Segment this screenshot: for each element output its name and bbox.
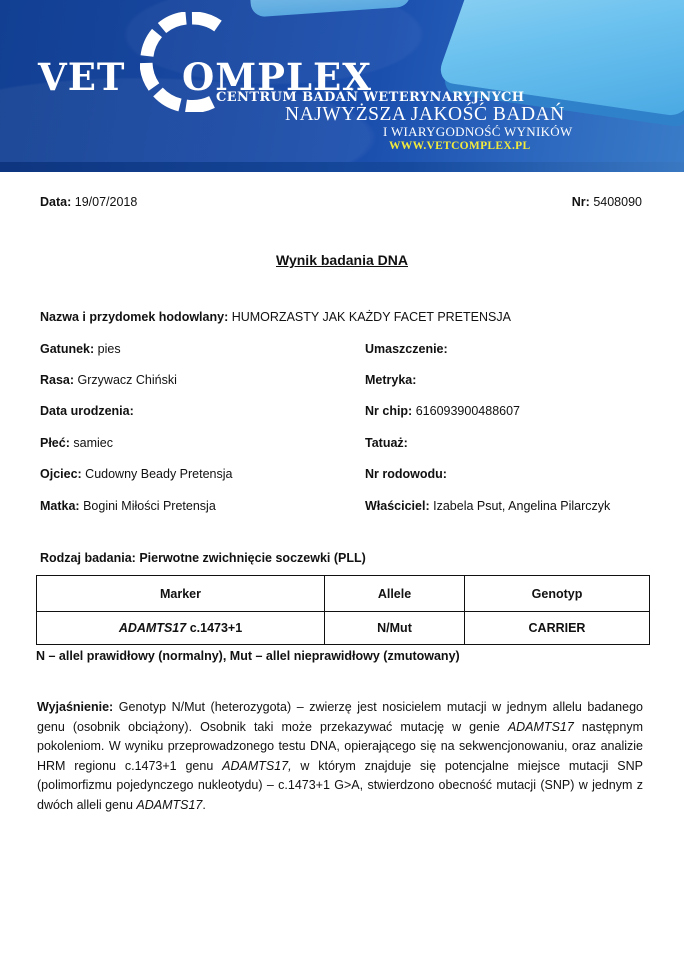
field-sire: Ojciec: Cudowny Beady Pretensja [40, 467, 232, 481]
report-date: Data: 19/07/2018 [40, 195, 137, 209]
number-value: 5408090 [593, 195, 642, 209]
animal-name-field: Nazwa i przydomek hodowlany: HUMORZASTY … [40, 310, 511, 324]
field-metryka: Metryka: [365, 373, 416, 387]
banner-website-link[interactable]: WWW.VETCOMPLEX.PL [389, 140, 530, 152]
field-species: Gatunek: pies [40, 342, 121, 356]
field-pedigree-number: Nr rodowodu: [365, 467, 447, 481]
column-header-genotype: Genotyp [465, 576, 650, 612]
table-row: ADAMTS17 c.1473+1 N/Mut CARRIER [37, 612, 650, 645]
banner-tagline-1: CENTRUM BADAŃ WETERYNARYJNYCH [216, 90, 524, 105]
field-label: Tatuaż: [365, 436, 408, 450]
field-value: Bogini Miłości Pretensja [83, 499, 216, 513]
field-value: Izabela Psut, Angelina Pilarczyk [433, 499, 610, 513]
test-type: Rodzaj badania: Pierwotne zwichnięcie so… [40, 551, 366, 565]
field-owner: Właściciel: Izabela Psut, Angelina Pilar… [365, 499, 610, 513]
column-header-marker: Marker [37, 576, 325, 612]
field-value: HUMORZASTY JAK KAŻDY FACET PRETENSJA [232, 310, 511, 324]
number-label: Nr: [572, 195, 590, 209]
gene-name: ADAMTS17 [136, 798, 202, 812]
test-type-value: Pierwotne zwichnięcie soczewki (PLL) [139, 551, 365, 565]
field-tattoo: Tatuaż: [365, 436, 408, 450]
field-breed: Rasa: Grzywacz Chiński [40, 373, 177, 387]
field-chip-number: Nr chip: 616093900488607 [365, 404, 520, 418]
field-value: samiec [73, 436, 113, 450]
explanation-text-4: . [202, 798, 205, 812]
field-label: Metryka: [365, 373, 416, 387]
field-value: Grzywacz Chiński [78, 373, 177, 387]
field-value: Cudowny Beady Pretensja [85, 467, 232, 481]
field-label: Gatunek: [40, 342, 94, 356]
date-value: 19/07/2018 [75, 195, 138, 209]
explanation-paragraph: Wyjaśnienie: Genotyp N/Mut (heterozygota… [37, 698, 643, 815]
field-label: Właściciel: [365, 499, 430, 513]
field-birth-date: Data urodzenia: [40, 404, 134, 418]
field-label: Płeć: [40, 436, 70, 450]
test-type-label: Rodzaj badania: [40, 551, 136, 565]
field-label: Nazwa i przydomek hodowlany: [40, 310, 228, 324]
cell-allele: N/Mut [325, 612, 465, 645]
field-label: Nr chip: [365, 404, 412, 418]
cell-marker: ADAMTS17 c.1473+1 [37, 612, 325, 645]
field-value: 616093900488607 [416, 404, 520, 418]
explanation-label: Wyjaśnienie: [37, 700, 113, 714]
header-banner: VET OMPLEX CENTRUM BADAŃ WETERYNARYJNYCH… [0, 0, 684, 172]
field-label: Rasa: [40, 373, 74, 387]
marker-variant: c.1473+1 [190, 621, 242, 635]
marker-gene: ADAMTS17 [119, 621, 186, 635]
banner-bottom-band [0, 162, 684, 172]
field-dam: Matka: Bogini Miłości Pretensja [40, 499, 216, 513]
report-number: Nr: 5408090 [572, 195, 642, 209]
column-header-allele: Allele [325, 576, 465, 612]
date-label: Data: [40, 195, 71, 209]
banner-tagline-3: I WIARYGODNOŚĆ WYNIKÓW [383, 124, 573, 140]
field-value: pies [98, 342, 121, 356]
field-coat-color: Umaszczenie: [365, 342, 448, 356]
banner-tagline-2: NAJWYŻSZA JAKOŚĆ BADAŃ [285, 104, 565, 126]
gene-name: ADAMTS17, [222, 759, 291, 773]
field-label: Umaszczenie: [365, 342, 448, 356]
results-table: Marker Allele Genotyp ADAMTS17 c.1473+1 … [36, 575, 650, 645]
field-label: Matka: [40, 499, 80, 513]
field-label: Nr rodowodu: [365, 467, 447, 481]
field-label: Data urodzenia: [40, 404, 134, 418]
cell-genotype: CARRIER [465, 612, 650, 645]
field-label: Ojciec: [40, 467, 82, 481]
field-sex: Płeć: samiec [40, 436, 113, 450]
logo-text-vet: VET [38, 55, 125, 99]
table-header-row: Marker Allele Genotyp [37, 576, 650, 612]
gene-name: ADAMTS17 [508, 720, 574, 734]
allele-legend: N – allel prawidłowy (normalny), Mut – a… [36, 649, 460, 663]
document-title: Wynik badania DNA [0, 252, 684, 268]
